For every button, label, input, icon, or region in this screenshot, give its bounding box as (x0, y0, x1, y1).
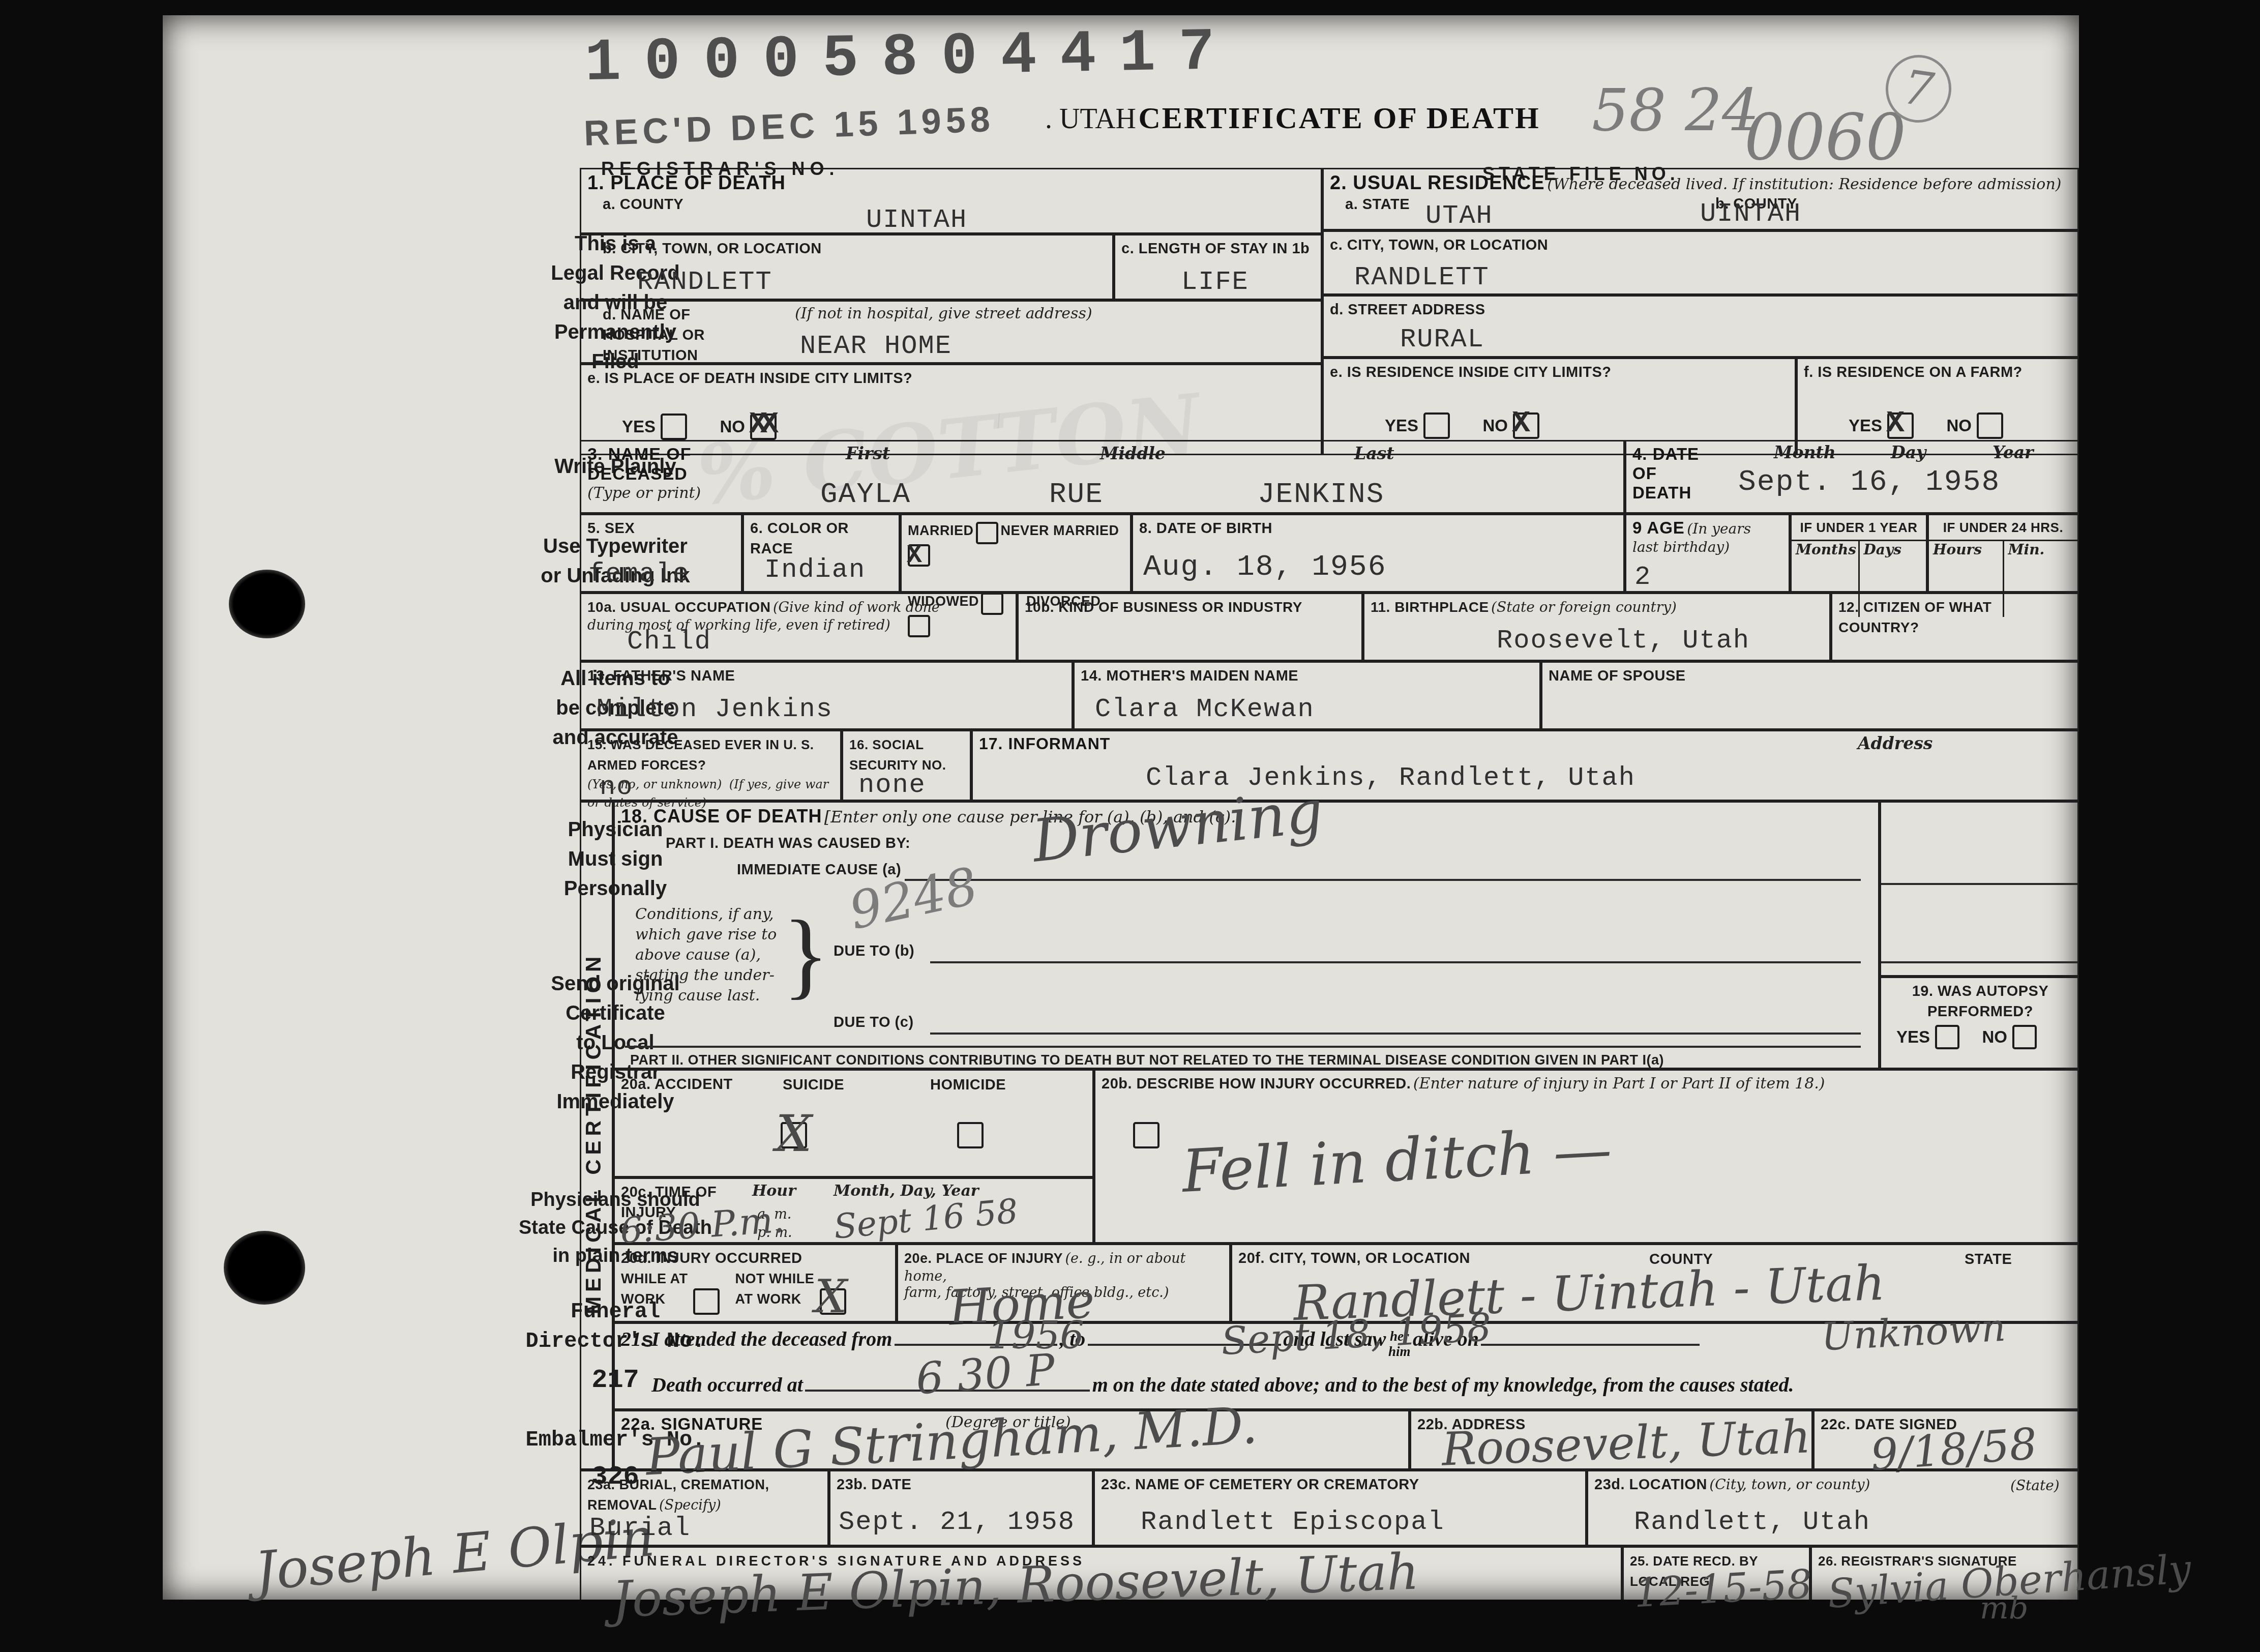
cause-of-death-label: 18. CAUSE OF DEATH (621, 806, 822, 827)
no-label: NO (1947, 416, 1972, 435)
interval-line-a (1881, 883, 2077, 885)
ssn-label: 16. SOCIAL SECURITY NO. (849, 737, 946, 773)
mother-value: Clara McKewan (1095, 694, 1315, 724)
field-7-marital-status: MARRIED NEVER MARRIED X WIDOWED DIVORCED (900, 514, 1132, 593)
field-15-armed-forces: 15. WAS DECEASED EVER IN U. S. ARMED FOR… (580, 730, 842, 801)
immediate-cause-line (905, 879, 1861, 881)
place-of-injury-label: 20e. PLACE OF INJURY (904, 1251, 1063, 1266)
field-2ab-state-county: 2. USUAL RESIDENCE (Where deceased lived… (1322, 168, 2079, 230)
due-to-b-label: DUE TO (b) (834, 941, 914, 961)
hospital-value: NEAR HOME (800, 331, 952, 361)
punch-hole (229, 570, 305, 638)
color-race-label: 6. COLOR OR RACE (750, 520, 849, 557)
hospital-label: d. NAME OF HOSPITAL OR INSTITUTION (603, 305, 705, 366)
yes-checkbox (661, 414, 687, 440)
middle-name-value: RUE (1049, 478, 1104, 511)
usual-residence-title: 2. USUAL RESIDENCE (1330, 172, 1545, 194)
burial-value: Burial (589, 1513, 691, 1543)
length-of-stay-label: c. LENGTH OF STAY IN 1b (1121, 241, 1310, 257)
field-13-father: 13. FATHER'S NAME Milton Jenkins (580, 661, 1073, 730)
certificate-paper: % COTTON 10005804417 REC'D DEC 15 1958 R… (163, 15, 2079, 1600)
state-hint: (State) (2010, 1477, 2060, 1495)
name-of-deceased-label: 3. NAME OF DECEASED (587, 445, 692, 484)
accident-checkbox: X (781, 1122, 807, 1148)
birthplace-hint: (State or foreign country) (1491, 599, 1677, 615)
burial-date-value: Sept. 21, 1958 (839, 1507, 1075, 1537)
no-checkbox: X (1513, 412, 1539, 439)
field-16-ssn: 16. SOCIAL SECURITY NO. none (842, 730, 971, 801)
cemetery-value: Randlett Episcopal (1141, 1507, 1445, 1537)
certificate-title: . UTAH CERTIFICATE OF DEATH (1045, 101, 1540, 136)
middle-column-header: Middle (1100, 444, 1166, 463)
while-at-work-label: WHILE AT WORK (621, 1268, 688, 1309)
field-19-autopsy: 19. WAS AUTOPSY PERFORMED? YES NO (1880, 977, 2079, 1069)
no-label: NO (1483, 416, 1508, 435)
field-23a-burial: 23a. BURIAL, CREMATION, REMOVAL (Specify… (580, 1470, 829, 1546)
due-to-b-line (930, 961, 1861, 963)
field-24-funeral-director: 24. FUNERAL DIRECTOR'S SIGNATURE AND ADD… (580, 1546, 1622, 1600)
field-20a-number: 20a. (621, 1076, 650, 1093)
armed-forces-label: 15. WAS DECEASED EVER IN U. S. ARMED FOR… (587, 737, 814, 773)
field-21-attended-statement: 21. I attended the deceased from , to an… (613, 1322, 2079, 1410)
date-of-birth-value: Aug. 18, 1956 (1143, 551, 1386, 584)
accident-label: ACCIDENT (655, 1076, 733, 1093)
field-23b-burial-date: 23b. DATE Sept. 21, 1958 (829, 1470, 1093, 1546)
sex-value: female (588, 559, 690, 589)
field-25-date-received: 25. DATE RECD. BY LOCAL REG. 12-15-58 (1622, 1546, 1810, 1600)
not-while-at-work-label: NOT WHILE AT WORK (735, 1268, 814, 1309)
field-8-date-of-birth: 8. DATE OF BIRTH Aug. 18, 1956 (1132, 514, 1625, 593)
conditions-brace: } (783, 899, 829, 1010)
last-name-value: JENKINS (1258, 478, 1384, 511)
mother-label: 14. MOTHER'S MAIDEN NAME (1081, 668, 1298, 684)
residence-farm-label: f. IS RESIDENCE ON A FARM? (1804, 364, 2023, 380)
cemetery-label: 23c. NAME OF CEMETERY OR CREMATORY (1101, 1477, 1419, 1493)
yes-label: YES (1385, 416, 1418, 435)
title-main: CERTIFICATE OF DEATH (1139, 101, 1540, 135)
under-24-hrs-label: IF UNDER 24 HRS. (1929, 515, 2077, 541)
field-26-registrar: 26. REGISTRAR'S SIGNATURE Sylvia Oberhan… (1810, 1546, 2079, 1600)
field-6-color-race: 6. COLOR OR RACE Indian (742, 514, 900, 593)
field-20b-describe-injury: 20b. DESCRIBE HOW INJURY OCCURRED. (Ente… (1094, 1069, 2079, 1244)
burial-date-label: 23b. DATE (837, 1477, 911, 1493)
state-file-no-part2: 0060 (1744, 101, 1906, 174)
yes-checkbox (1423, 412, 1450, 439)
field-11-birthplace: 11. BIRTHPLACE (State or foreign country… (1363, 593, 1831, 661)
field-18-cause-of-death: 18. CAUSE OF DEATH [Enter only one cause… (613, 801, 1880, 1069)
county-value: UINTAH (866, 205, 967, 235)
burial-location-label: 23d. LOCATION (1594, 1477, 1707, 1493)
yes-checkbox: X (1887, 412, 1914, 439)
injury-city-label: 20f. CITY, TOWN, OR LOCATION (1238, 1250, 1470, 1266)
serial-number-stamp: 10005804417 (584, 19, 1239, 98)
burial-hint: (Specify) (659, 1497, 721, 1513)
date-received-value: 12-15-58 (1633, 1561, 1813, 1616)
due-to-c-label: DUE TO (c) (834, 1012, 914, 1032)
first-column-header: First (846, 444, 890, 463)
hospital-hint: (If not in hospital, give street address… (795, 305, 1092, 323)
accident-checkmark: X (776, 1104, 812, 1163)
date-of-death-value: Sept. 16, 1958 (1738, 466, 2000, 499)
last-column-header: Last (1354, 444, 1394, 463)
sex-label: 5. SEX (587, 520, 635, 537)
no-checkmark: X (1512, 406, 1530, 441)
registrar-initials: mb (1980, 1590, 2028, 1626)
yes-label: YES (1896, 1027, 1930, 1046)
type-or-print-hint: (Type or print) (587, 484, 701, 502)
state-file-no-part1: 58 24 (1592, 76, 1759, 144)
field-2d-street: d. STREET ADDRESS RURAL (1322, 295, 2079, 358)
industry-label: 10b. KIND OF BUSINESS OR INDUSTRY (1025, 599, 1302, 615)
injury-state-label: STATE (1965, 1249, 2012, 1270)
last-seen-alive-value: Unknown (1820, 1305, 2007, 1360)
conditions-note: Conditions, if any, which gave rise to a… (635, 904, 777, 1006)
length-of-stay-value: LIFE (1181, 267, 1249, 297)
yes-label: YES (1849, 416, 1882, 435)
birthplace-label: 11. BIRTHPLACE (1371, 599, 1489, 615)
medical-certification-label: MEDICAL CERTIFICATION (581, 803, 612, 1464)
field-9-under-1-year: IF UNDER 1 YEAR Months Days (1790, 514, 1927, 593)
field-9-age: 9 AGE (In years last birthday) 2 (1625, 514, 1790, 593)
autopsy-label: 19. WAS AUTOPSY PERFORMED? (1891, 981, 2069, 1022)
while-at-work-checkbox (693, 1288, 720, 1315)
field-1c-length-of-stay: c. LENGTH OF STAY IN 1b LIFE (1114, 234, 1322, 300)
age-label: 9 AGE (1632, 518, 1685, 537)
first-name-value: GAYLA (820, 478, 911, 511)
field-spouse: NAME OF SPOUSE (1541, 661, 2079, 730)
age-value: 2 (1634, 562, 1651, 592)
father-label: 13. FATHER'S NAME (587, 668, 735, 684)
street-address-label: d. STREET ADDRESS (1330, 302, 1485, 318)
residence-county-value: UINTAH (1700, 199, 1801, 229)
birthplace-value: Roosevelt, Utah (1497, 626, 1750, 656)
hours-label: Hours (1929, 541, 1982, 558)
place-of-death-title: 1. PLACE OF DEATH (587, 172, 786, 194)
medical-certification-column: MEDICAL CERTIFICATION (580, 801, 613, 1470)
not-while-at-work-checkbox: X (820, 1288, 846, 1315)
field-23d-location: 23d. LOCATION (City, town, or county) (S… (1587, 1470, 2079, 1546)
field-20a-accident-suicide-homicide: 20a. ACCIDENT SUICIDE HOMICIDE X (613, 1069, 1094, 1177)
received-date-stamp: REC'D DEC 15 1958 (583, 99, 995, 154)
never-married-label: NEVER MARRIED (1000, 523, 1119, 538)
month-column-header: Month (1774, 442, 1836, 462)
citizen-label: 12. CITIZEN OF WHAT COUNTRY? (1838, 599, 1991, 635)
yes-checkbox (1935, 1025, 1959, 1049)
suicide-label: SUICIDE (783, 1075, 844, 1095)
punch-hole (224, 1231, 305, 1305)
county-label: a. COUNTY (603, 196, 683, 213)
describe-injury-label: 20b. DESCRIBE HOW INJURY OCCURRED. (1102, 1076, 1411, 1092)
field-2c-city: c. CITY, TOWN, OR LOCATION RANDLETT (1322, 230, 2079, 295)
field-17-informant: 17. INFORMANT Address Clara Jenkins, Ran… (971, 730, 2079, 801)
scanned-death-certificate: % COTTON 10005804417 REC'D DEC 15 1958 R… (0, 0, 2260, 1652)
part2-divider (625, 1046, 1861, 1048)
months-label: Months (1792, 541, 1856, 558)
field-12-citizen: 12. CITIZEN OF WHAT COUNTRY? (1831, 593, 2079, 661)
date-of-death-label: 4. DATE OF DEATH (1632, 445, 1699, 503)
field-22c-date-signed: 22c. DATE SIGNED 9/18/58 (1813, 1410, 2079, 1470)
due-to-c-line (930, 1032, 1861, 1035)
attended-text-1: 21. I attended the deceased from (621, 1327, 892, 1350)
armed-forces-value: no (600, 772, 633, 802)
field-14-mother: 14. MOTHER'S MAIDEN NAME Clara McKewan (1073, 661, 1541, 730)
married-checkbox (976, 522, 998, 544)
ssn-value: none (858, 770, 926, 800)
field-1a-county: 1. PLACE OF DEATH a. COUNTY UINTAH (580, 168, 1322, 234)
days-label: Days (1860, 541, 1901, 558)
no-label: NO (1982, 1027, 2008, 1046)
married-label: MARRIED (908, 523, 974, 538)
date-of-birth-label: 8. DATE OF BIRTH (1139, 520, 1272, 537)
no-checkmark: XX (749, 407, 771, 442)
residence-city-label: c. CITY, TOWN, OR LOCATION (1330, 237, 1548, 253)
street-address-value: RURAL (1400, 324, 1484, 355)
part1-label: PART I. DEATH WAS CAUSED BY: (666, 833, 910, 853)
injury-occurred-label: 20d. INJURY OCCURRED (621, 1250, 802, 1266)
part2-label: PART II. OTHER SIGNIFICANT CONDITIONS CO… (630, 1050, 1861, 1070)
describe-injury-hint: (Enter nature of injury in Part I or Par… (1413, 1075, 1825, 1093)
spouse-label: NAME OF SPOUSE (1549, 668, 1686, 684)
city-label: b. CITY, TOWN, OR LOCATION (603, 241, 822, 257)
homicide-label: HOMICIDE (930, 1075, 1006, 1095)
residence-city-value: RANDLETT (1354, 262, 1490, 292)
never-married-checkmark: X (907, 541, 922, 570)
no-label: NO (720, 417, 746, 436)
field-22b-address: 22b. ADDRESS Roosevelt, Utah (1410, 1410, 1813, 1470)
day-column-header: Day (1891, 442, 1926, 462)
field-1d-hospital: d. NAME OF HOSPITAL OR INSTITUTION (If n… (580, 300, 1322, 364)
field-3-name-of-deceased: 3. NAME OF DECEASED (Type or print) Firs… (580, 440, 1625, 514)
no-checkbox (1977, 412, 2003, 439)
field-20c-time-of-injury: 20c. TIME OF INJURY Hour a. m. p. m. Mon… (613, 1177, 1094, 1244)
field-20e-place-of-injury: 20e. PLACE OF INJURY (e. g., in or about… (897, 1244, 1231, 1322)
field-1b-city: b. CITY, TOWN, OR LOCATION RANDLETT (580, 234, 1114, 300)
death-occurred-text-2: m on the date stated above; and to the b… (1092, 1373, 1794, 1396)
burial-location-hint: (City, town, or county) (1709, 1476, 1870, 1493)
yes-label: YES (622, 417, 656, 436)
field-20d-injury-occurred: 20d. INJURY OCCURRED WHILE AT WORK NOT W… (613, 1244, 897, 1322)
informant-label: 17. INFORMANT (979, 734, 1110, 753)
death-time-value: 6 30 P (914, 1345, 1057, 1405)
usual-residence-hint: (Where deceased lived. If institution: R… (1547, 175, 2061, 193)
title-prefix: . UTAH (1045, 103, 1136, 135)
year-column-header: Year (1993, 442, 2033, 462)
field-interval-onset-death (1880, 801, 2079, 977)
field-10b-industry: 10b. KIND OF BUSINESS OR INDUSTRY (1017, 593, 1363, 661)
hour-label: Hour (752, 1182, 796, 1200)
min-label: Min. (2004, 541, 2045, 558)
residence-state-value: UTAH (1425, 201, 1493, 231)
residence-state-label: a. STATE (1345, 196, 1410, 213)
interval-line-b (1881, 961, 2077, 963)
no-checkbox: XX (750, 414, 777, 440)
death-occurred-text: Death occurred at (651, 1373, 803, 1396)
field-5-sex: 5. SEX female (580, 514, 742, 593)
field-22a-physician-signature: 22a. SIGNATURE (Degree or title) Paul G … (613, 1410, 1410, 1470)
burial-location-value: Randlett, Utah (1634, 1507, 1870, 1537)
field-23c-cemetery: 23c. NAME OF CEMETERY OR CREMATORY Randl… (1093, 1470, 1587, 1546)
occupation-value: Child (627, 627, 711, 657)
residence-city-limits-label: e. IS RESIDENCE INSIDE CITY LIMITS? (1330, 364, 1612, 380)
suicide-checkbox (957, 1122, 984, 1148)
describe-injury-value: Fell in ditch — (1180, 1115, 1614, 1206)
place-city-limits-label: e. IS PLACE OF DEATH INSIDE CITY LIMITS? (587, 370, 912, 387)
not-while-checkmark: X (815, 1270, 847, 1323)
father-value: Milton Jenkins (597, 694, 833, 724)
field-4-date-of-death: 4. DATE OF DEATH Month Day Year Sept. 16… (1625, 440, 2079, 514)
yes-checkmark: X (1886, 406, 1905, 441)
occupation-label: 10a. USUAL OCCUPATION (587, 599, 771, 615)
field-9-under-24-hrs: IF UNDER 24 HRS. Hours Min. (1927, 514, 2079, 593)
no-checkbox (2012, 1025, 2037, 1049)
informant-address-label: Address (1858, 733, 1932, 753)
field-10a-occupation: 10a. USUAL OCCUPATION (Give kind of work… (580, 593, 1017, 661)
under-1-year-label: IF UNDER 1 YEAR (1792, 515, 1926, 541)
city-value: RANDLETT (637, 267, 772, 297)
never-married-checkbox: X (908, 544, 930, 567)
color-race-value: Indian (764, 555, 866, 585)
